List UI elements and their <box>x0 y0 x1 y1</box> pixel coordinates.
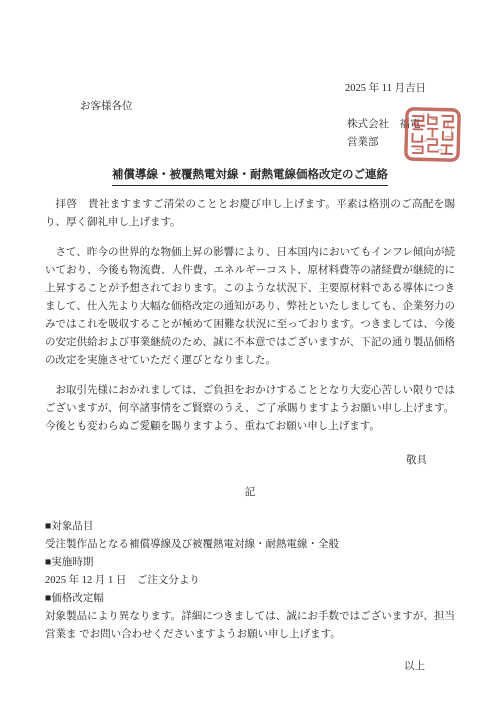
body-paragraph-reason: さて、昨今の世界的な物価上昇の影響により、日本国内においてもインフレ傾向が続いて… <box>45 244 455 370</box>
details-sections: ■対象品目 受注製作品となる補償導線及び被覆熱電対線・耐熱電線・全般 ■実施時期… <box>45 518 455 644</box>
letter-date: 2025 年 11 月吉日 <box>45 80 455 98</box>
letter-document: 2025 年 11 月吉日 お客様各位 株式会社 福電 営業部 補償導線・被覆熱… <box>0 0 496 701</box>
section-heading-effective-date: ■実施時期 <box>45 554 455 572</box>
body-paragraph-apology: お取引先様におかれましては、ご負担をおかけすることとなり大変心苦しい限りではござ… <box>45 382 455 418</box>
section-heading-target-items: ■対象品目 <box>45 518 455 536</box>
body-paragraph-request: 今後とも変わらぬご愛顧を賜りますよう、重ねてお願い申し上げます。 <box>45 418 455 436</box>
section-heading-revision-range: ■価格改定幅 <box>45 590 455 608</box>
letter-title: 補償導線・被覆熱電対線・耐熱電線価格改定のご連絡 <box>45 166 455 186</box>
greeting-paragraph: 拝啓 貴社ますますご清栄のこととお慶び申し上げます。平素は格別のご高配を賜り、厚… <box>45 196 455 232</box>
closing-keigu: 敬具 <box>45 452 455 470</box>
section-body-target-items: 受注製作品となる補償導線及び被覆熱電対線・耐熱電線・全般 <box>45 536 455 554</box>
letter-title-text: 補償導線・被覆熱電対線・耐熱電線価格改定のご連絡 <box>112 166 388 186</box>
recipient-line: お客様各位 <box>45 98 455 116</box>
section-body-revision-range: 対象製品により異なります。詳細につきましては、誠にお手数ではございますが、担当営… <box>45 608 455 644</box>
section-body-effective-date: 2025 年 12 月 1 日 ご注文分より <box>45 572 455 590</box>
end-mark-ijou: 以上 <box>45 658 455 676</box>
company-seal-stamp-icon <box>403 106 461 162</box>
record-mark-ki: 記 <box>45 484 455 502</box>
letter-content: 2025 年 11 月吉日 お客様各位 株式会社 福電 営業部 補償導線・被覆熱… <box>45 80 455 676</box>
